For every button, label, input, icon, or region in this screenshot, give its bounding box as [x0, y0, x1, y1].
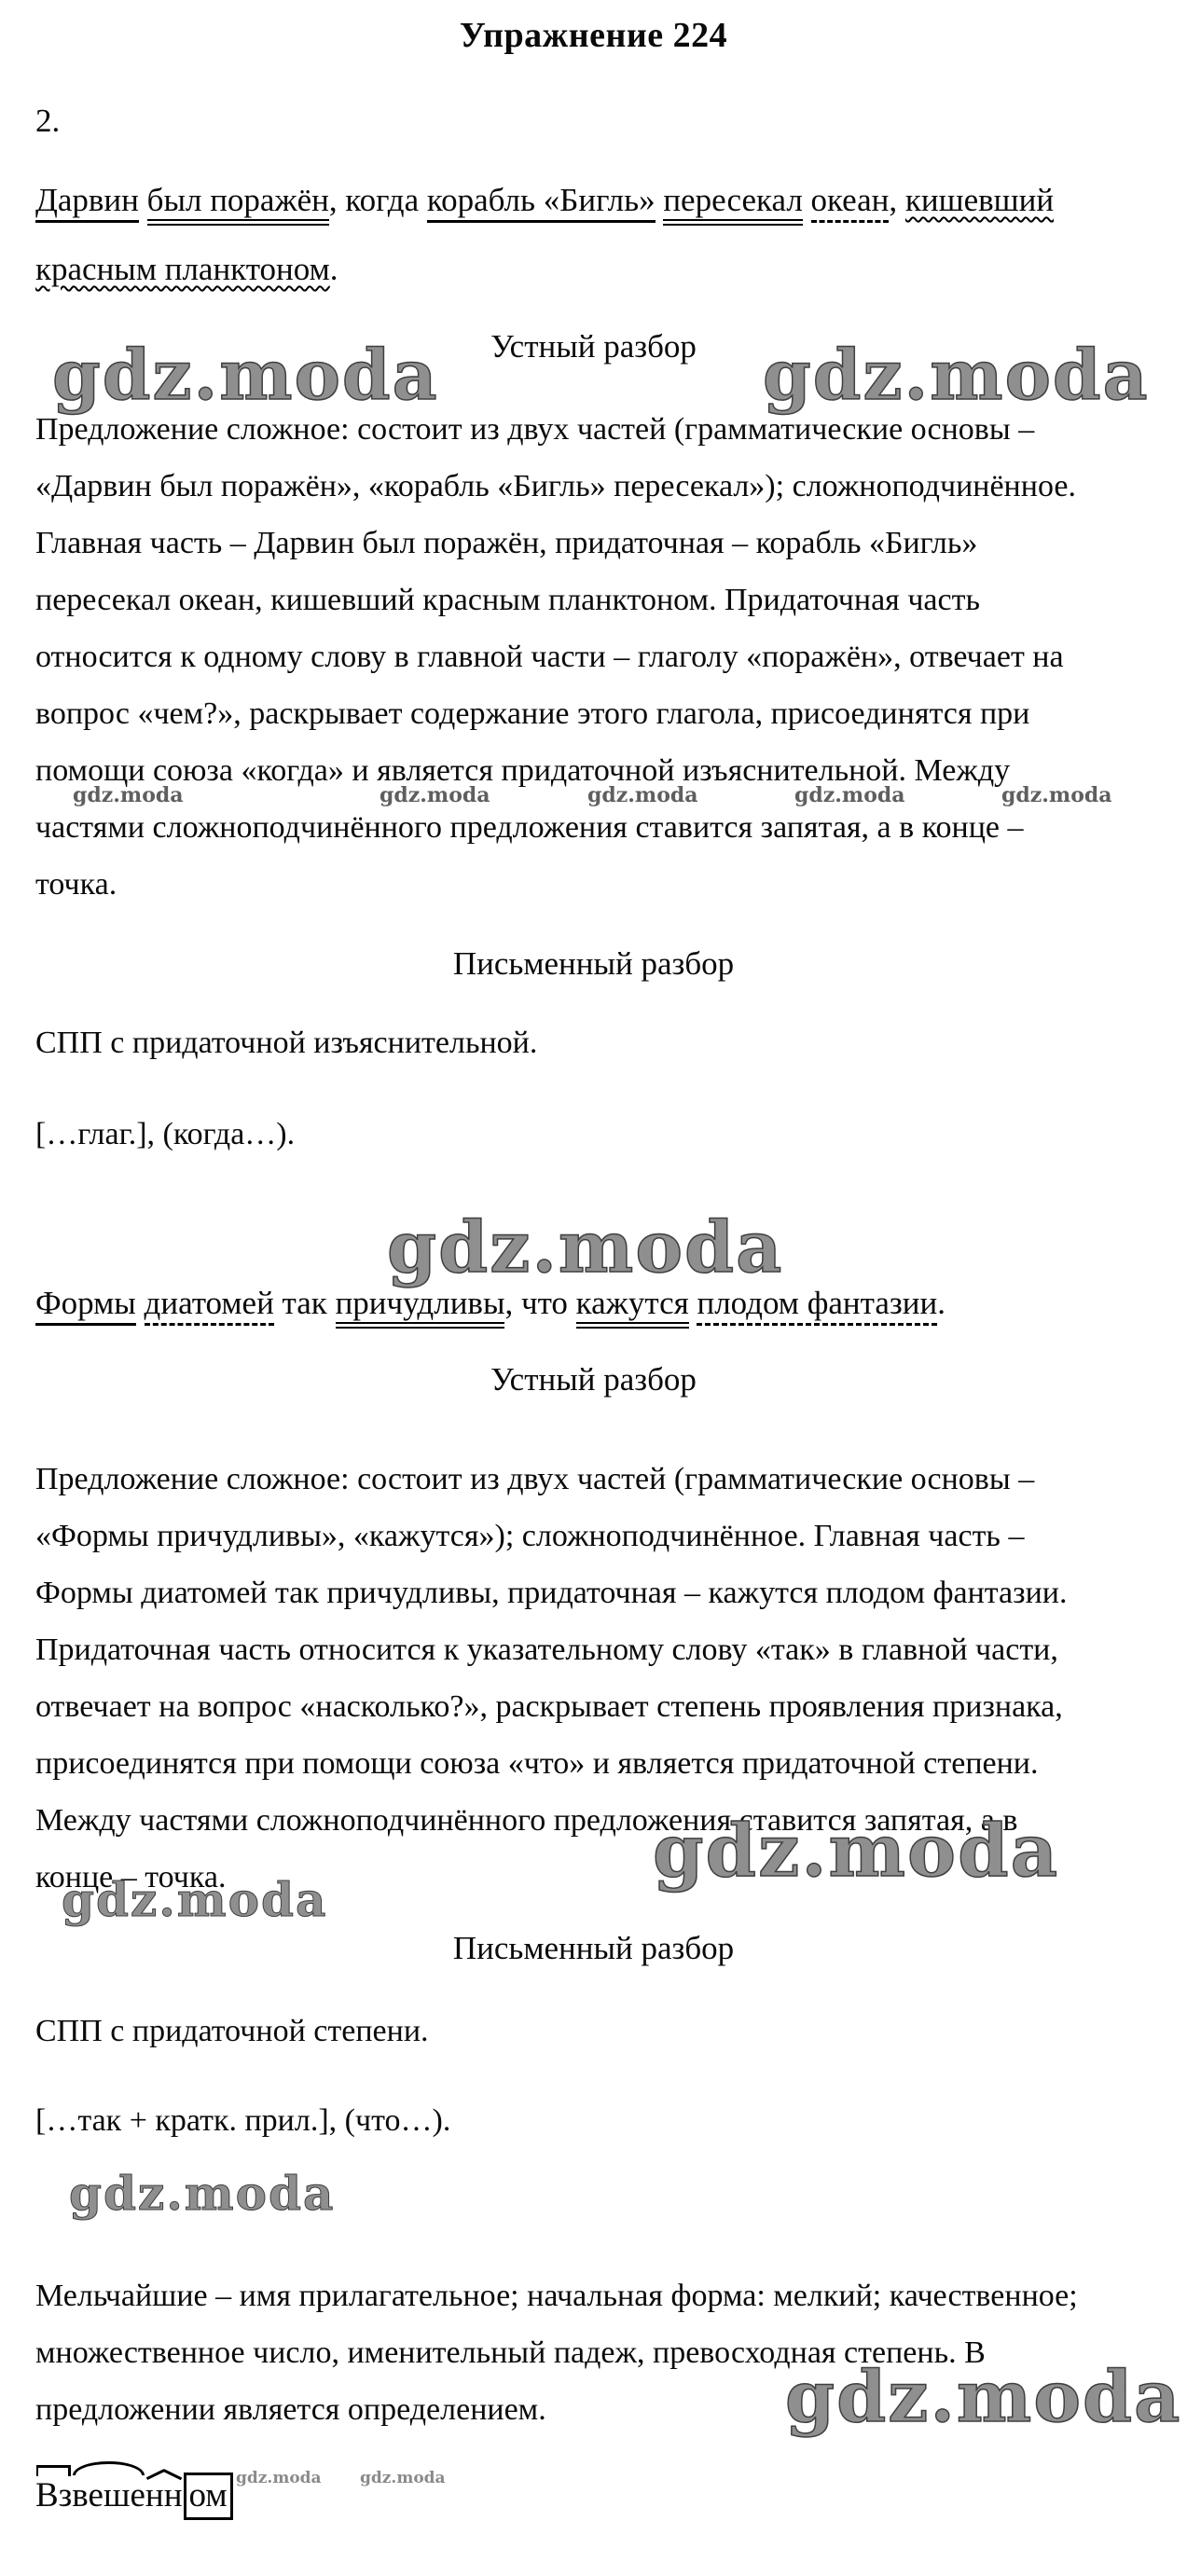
sentence-token-wavy: красным планктоном	[35, 251, 330, 287]
watermark-gdz-moda: gdz.moda	[387, 1205, 783, 1288]
sentence-token-dashed: диатомей	[145, 1285, 274, 1326]
sentence-token-double: причудливы	[336, 1285, 505, 1329]
morpheme-analysis-word: Взвешенном	[35, 2458, 233, 2520]
watermark-gdz-moda-small: gdz.moda	[587, 783, 698, 807]
sentence-token-none	[139, 182, 147, 218]
sentence-token-dashed: океан	[811, 182, 890, 223]
sentence-scheme-1: […глаг.], (когда…).	[35, 1117, 295, 1152]
sentence-scheme-2: […так + кратк. прил.], (что…).	[35, 2103, 450, 2139]
sentence-token-none: .	[937, 1285, 945, 1321]
sentence-token-dashed: плодом фантазии	[697, 1285, 937, 1326]
sentence-token-none: , когда	[329, 182, 427, 218]
watermark-gdz-moda-tiny: gdz.moda	[236, 2469, 322, 2487]
sentence-token-double: был поражён	[147, 182, 329, 226]
watermark-gdz-moda-small: gdz.moda	[73, 783, 184, 807]
sentence-token-none: ,	[889, 182, 905, 218]
watermark-gdz-moda-tiny: gdz.moda	[360, 2469, 446, 2487]
watermark-gdz-moda: gdz.moda	[69, 2166, 335, 2221]
sentence-type-label-1: СПП с придаточной изъяснительной.	[35, 1026, 537, 1061]
sentence-token-single: Дарвин	[35, 182, 139, 223]
sentence-token-single: корабль «Бигль»	[427, 182, 656, 223]
analysis-paragraph-1: Предложение сложное: состоит из двух час…	[35, 401, 1172, 913]
morpheme-ending: ом	[184, 2473, 233, 2520]
sentence-diatoms-parsed: Формы диатомей так причудливы, что кажут…	[35, 1279, 1165, 1328]
heading-written-analysis-1: Письменный разбор	[0, 945, 1187, 983]
sentence-token-none	[136, 1285, 145, 1321]
sentence-token-wavy: кишевший	[905, 182, 1054, 218]
watermark-gdz-moda-small: gdz.moda	[1001, 783, 1112, 807]
watermark-gdz-moda-small: gdz.moda	[380, 783, 490, 807]
heading-written-analysis-2: Письменный разбор	[0, 1930, 1187, 1967]
item-number: 2.	[35, 103, 60, 140]
watermark-row: gdz.moda gdz.moda gdz.moda gdz.moda gdz.…	[0, 783, 1187, 811]
sentence-token-none: так	[274, 1285, 336, 1321]
sentence-token-none: .	[330, 251, 338, 287]
sentence-token-double: пересекал	[663, 182, 802, 226]
sentence-token-single: Формы	[35, 1285, 136, 1326]
sentence-token-double: кажутся	[576, 1285, 689, 1329]
heading-oral-analysis-2: Устный разбор	[0, 1361, 1187, 1398]
watermark-gdz-moda: gdz.moda	[62, 1872, 327, 1927]
morpheme-suffix: нн	[145, 2475, 183, 2515]
watermark-gdz-moda-small: gdz.moda	[794, 783, 905, 807]
sentence-type-label-2: СПП с придаточной степени.	[35, 2014, 429, 2049]
sentence-token-none	[803, 182, 811, 218]
watermark-gdz-moda: gdz.moda	[653, 1809, 1059, 1894]
sentence-darwin-parsed: Дарвин был поражён, когда корабль «Бигль…	[35, 166, 1165, 304]
morpheme-root: веше	[72, 2475, 145, 2515]
sentence-token-none: , что	[504, 1285, 575, 1321]
morpheme-prefix: Вз	[35, 2475, 72, 2515]
watermark-gdz-moda: gdz.moda	[785, 2355, 1181, 2438]
document-page: Упражнение 224 2. Дарвин был поражён, ко…	[0, 0, 1187, 2576]
page-title: Упражнение 224	[0, 15, 1187, 56]
